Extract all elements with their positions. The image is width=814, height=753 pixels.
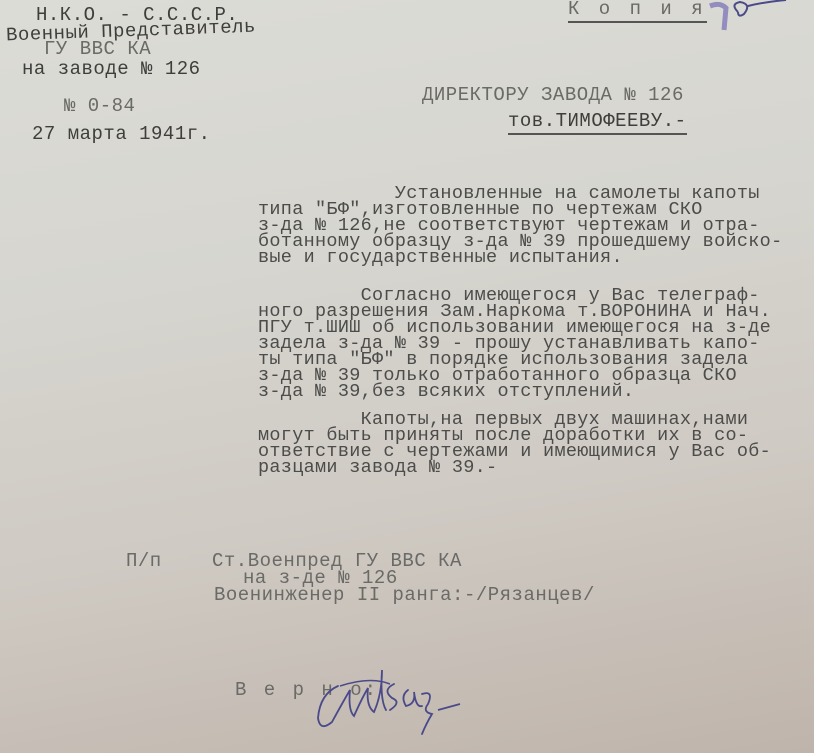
handwritten-mark-icon xyxy=(700,0,790,40)
body-line: вые и государственные испытания. xyxy=(258,250,623,266)
signer-rank-name: Военинженер II ранга:-/Рязанцев/ xyxy=(214,586,595,605)
signature-icon xyxy=(310,650,510,750)
body-line: з-да № 39,без всяких отступлений. xyxy=(258,384,634,400)
copy-stamp: К о п и я xyxy=(568,0,707,23)
addressee-title: ДИРЕКТОРУ ЗАВОДА № 126 xyxy=(422,86,684,105)
addressee-name: тов.ТИМОФЕЕВУ.- xyxy=(508,112,687,135)
body-line: разцами завода № 39.- xyxy=(258,460,497,476)
document-date: 27 марта 1941г. xyxy=(32,125,211,144)
document-number: № 0-84 xyxy=(64,97,135,116)
pp-mark: П/п xyxy=(126,552,162,571)
sender-location: на заводе № 126 xyxy=(22,60,201,79)
sender-department: ГУ ВВС КА xyxy=(44,40,151,59)
